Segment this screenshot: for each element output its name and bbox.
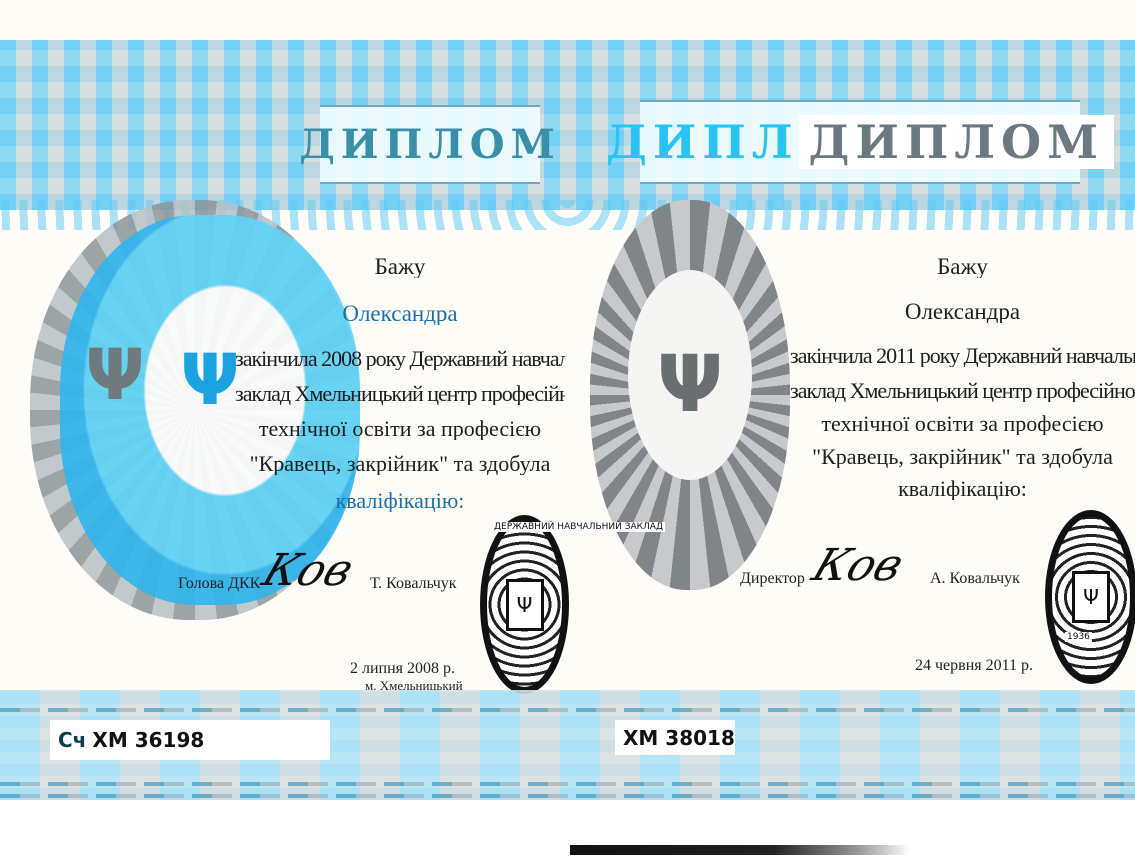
left-title: ДИПЛОМ [299,121,561,168]
right-date: 24 червня 2011 р. [915,657,1033,675]
number-prefix: Сч [58,728,86,752]
body-line: кваліфікацію: [790,478,1135,500]
right-title-part1: ДИПЛ [606,115,798,169]
right-signature: Ков [806,540,911,591]
right-seal-year: 1936 [1065,632,1092,642]
right-diploma-number: ХМ 38018 [615,720,735,755]
scan-shadow-edge [570,845,910,855]
recipient-name: Олександра [235,302,565,325]
body-line: заклад Хмельницький центр професійно- [790,380,1135,402]
right-official-seal: Ψ [1045,510,1135,684]
left-diploma-number: Сч ХМ 36198 [50,720,330,760]
body-line: кваліфікацію: [235,490,565,512]
left-official-seal: Ψ [480,515,569,694]
diploma-scan: ДИПЛОМ ДИПЛ ДИПЛОМ Ψ Ψ Ψ Бажу Олександра… [0,0,1135,859]
body-line: закінчила 2011 року Державний навчальний [790,345,1135,367]
trident-icon: Ψ [85,330,145,420]
recipient-surname: Бажу [235,255,565,278]
right-title-part2: ДИПЛОМ [799,115,1114,169]
trident-icon: Ψ [1072,571,1110,623]
scan-margin [0,800,1135,859]
left-signature-label: Голова ДКК [178,575,260,593]
right-signature-label: Директор [740,570,805,588]
left-date: 2 липня 2008 р. [350,660,455,678]
body-line: "Кравець, закрійник" та здобула [235,453,565,475]
right-body-text: Бажу Олександра закінчила 2011 року Держ… [790,250,1135,510]
trident-icon: Ψ [650,330,730,440]
body-line: "Кравець, закрійник" та здобула [790,446,1135,468]
right-signatory-name: А. Ковальчук [930,570,1020,588]
number-value: ХМ 36198 [92,728,204,752]
body-line: заклад Хмельницький центр професійно- [235,383,565,405]
recipient-name: Олександра [790,300,1135,323]
right-title-plate: ДИПЛ ДИПЛОМ [640,100,1080,184]
number-value: ХМ 38018 [623,726,735,750]
body-line: закінчила 2008 року Державний навчальний [235,348,565,370]
recipient-surname: Бажу [790,255,1135,278]
trident-icon: Ψ [180,330,240,430]
left-signatory-name: Т. Ковальчук [370,575,457,593]
left-title-plate: ДИПЛОМ [320,105,540,184]
body-line: технічної освіти за професією [235,418,565,440]
left-body-text: Бажу Олександра закінчила 2008 року Держ… [235,250,565,520]
body-line: технічної освіти за професією [790,413,1135,435]
left-seal-text: ДЕРЖАВНИЙ НАВЧАЛЬНИЙ ЗАКЛАД [492,522,665,532]
left-signature: Ков [256,545,361,596]
trident-icon: Ψ [506,579,544,631]
